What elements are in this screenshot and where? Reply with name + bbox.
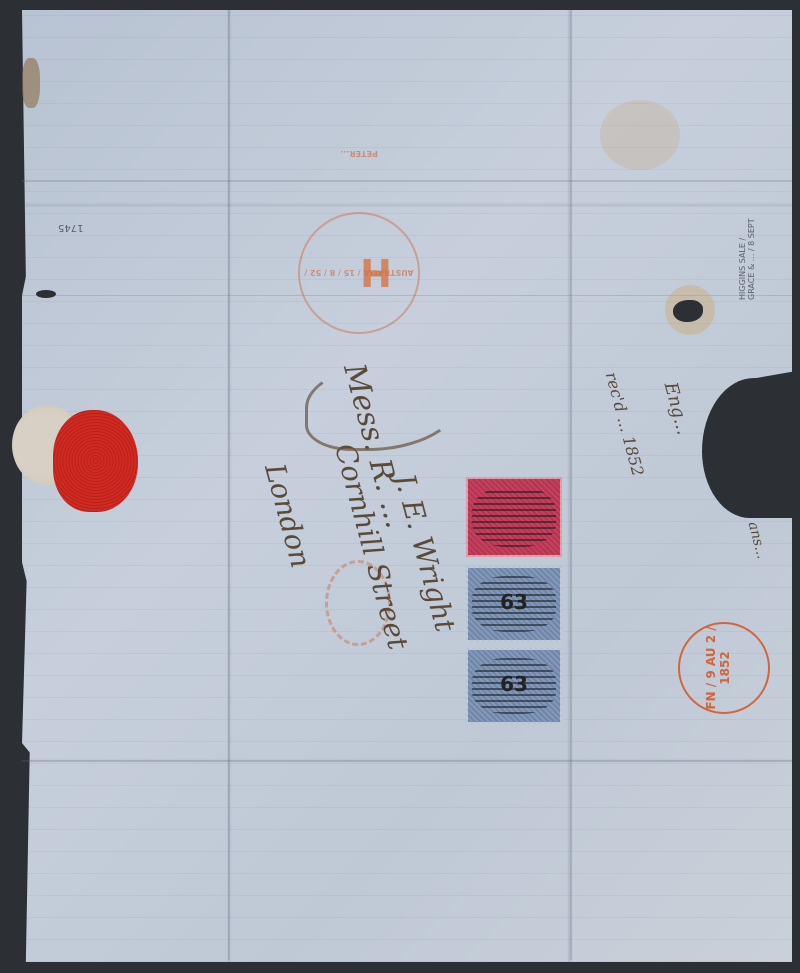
- numeral-cancel: 63: [468, 590, 560, 614]
- numeral-cancel: 63: [468, 672, 560, 696]
- arrival-postmark: FN / 9 AU 2 / 1852: [678, 622, 770, 714]
- stamp-blue-2: 63: [466, 648, 562, 724]
- origin-postmark-letter: H: [360, 250, 392, 294]
- pencil-note-left: 1745: [58, 222, 83, 233]
- wax-seal: [53, 410, 138, 512]
- fold-line-vertical-1: [228, 10, 230, 960]
- origin-postmark: AUSTRALIA / 15 / 8 / 52 / PETER...: [298, 212, 420, 334]
- stamp-blue-1: 63: [466, 566, 562, 642]
- hole-left-edge: [36, 290, 56, 298]
- fold-line-horizontal-3: [22, 760, 792, 762]
- stain-top-left: [22, 58, 40, 108]
- stain-top-right: [600, 100, 680, 170]
- stamp-red: [466, 477, 562, 557]
- arrival-postmark-text: FN / 9 AU 2 / 1852: [704, 626, 732, 709]
- cancel-bars: [472, 487, 556, 547]
- hole-tear-right: [702, 378, 800, 518]
- hole-burn: [673, 300, 703, 322]
- fold-line-horizontal-1: [22, 180, 792, 182]
- fold-line-vertical-2: [570, 10, 572, 960]
- pencil-note-right: HIGGINS SALE / GRACE & ... / 8 SEPT: [738, 210, 756, 300]
